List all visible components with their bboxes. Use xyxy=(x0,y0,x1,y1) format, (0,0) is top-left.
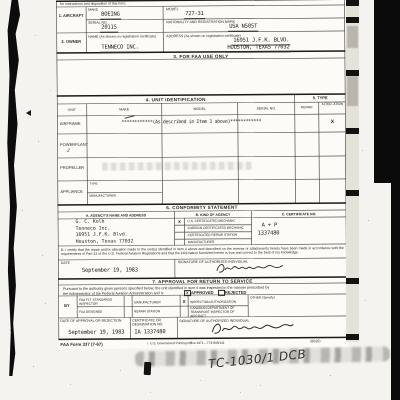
speckle-noise xyxy=(0,0,1,1)
agency-line-2: Tenneco Inc. xyxy=(76,226,111,232)
agency-line-1: G. C. Kolb xyxy=(76,220,105,226)
aircraft-model-label: MODEL xyxy=(166,7,178,11)
binder-mark xyxy=(346,334,359,340)
binder-strip xyxy=(346,0,359,342)
type-title: 5. TYPE xyxy=(295,95,346,100)
aircraft-make-value: BOEING xyxy=(100,11,121,19)
inspection-authorization-cell: INSPECTION AUTHORIZATION xyxy=(190,300,236,304)
agency-name-header: A. AGENCY'S NAME AND ADDRESS xyxy=(57,213,174,218)
approval-statement-line2: the Administrator of the Federal Aviatio… xyxy=(63,291,163,296)
page-code: (8320) xyxy=(310,339,320,343)
aircraft-row-label: 1. AIRCRAFT xyxy=(57,13,85,18)
appliance-manufacturer-label: MANUFACTURER xyxy=(89,195,116,199)
agency-line-4: Houston, Texas 77032 xyxy=(76,239,134,245)
kind-of-agency-header: B. KIND OF AGENCY xyxy=(174,212,251,217)
propeller-row-label: PROPELLER xyxy=(60,166,84,171)
powerplant-pencil-mark: 2 xyxy=(67,149,70,155)
binder-blotch xyxy=(347,76,358,106)
unit-col-header: UNIT xyxy=(57,108,87,112)
binder-mark xyxy=(346,128,359,134)
printing-office-line: ☆ U.S. Government Printing Office 1971—7… xyxy=(146,342,224,346)
approval-date-value: September 19, 1983 xyxy=(68,330,124,337)
by-label: BY xyxy=(64,304,70,309)
conformity-date-value: September 19, 1983 xyxy=(82,267,138,274)
binder-mark xyxy=(346,278,359,284)
kind-mechanic-mark: X xyxy=(175,220,185,225)
scan-edge-left xyxy=(6,0,22,376)
powerplant-row-label: POWERPLANT xyxy=(60,143,88,148)
alteration-col-header: ALTER- ATION xyxy=(319,103,346,107)
aircraft-serial-value: 20115 xyxy=(100,25,118,33)
faa-inspector-cell: FAA FLT. STANDARDS INSPECTOR xyxy=(79,299,121,307)
make-col-header: MAKE xyxy=(87,107,162,112)
approval-certificate-label: CERTIFICATE OR DESIGNATION NO. xyxy=(132,318,175,326)
canadian-dot-cell: CANADIAN DEPARTMENT OF TRANSPORT INSPECT… xyxy=(190,307,245,319)
other-specify-cell: OTHER (Specify) xyxy=(250,296,275,300)
appliance-type-label: TYPE xyxy=(89,183,97,187)
aircraft-model-value: 727-31 xyxy=(184,10,205,18)
margin-triangle-mark xyxy=(26,110,31,116)
kind-foreign-mechanic-label: FOREIGN CERTIFICATED MECHANIC xyxy=(188,227,244,231)
kind-us-mechanic-label: U.S. CERTIFICATED MECHANIC xyxy=(188,220,236,224)
kind-manufacturer-label: MANUFACTURER xyxy=(188,240,215,244)
rejected-label: REJECTED xyxy=(225,290,246,295)
approved-checkbox: X xyxy=(184,290,191,297)
serial-col-header: SERIAL NO. xyxy=(238,106,295,110)
scan-bar-right-thin xyxy=(391,183,400,400)
certificate-no-line2: 1337480 xyxy=(258,230,280,236)
aircraft-make-label: MAKE xyxy=(88,8,98,12)
conformity-date-label: DATE xyxy=(61,261,70,265)
form-number: FAA Form 337 (7-67) xyxy=(60,341,102,346)
ink-blot xyxy=(144,362,152,375)
binder-blotch xyxy=(347,26,358,48)
approval-certificate-value: IA 1337480 xyxy=(134,329,165,336)
approved-label: APPROVED xyxy=(191,290,213,295)
conformity-signature xyxy=(214,260,286,275)
scanned-document-canvas: for instructions and disposition of this… xyxy=(0,0,400,400)
aircraft-registration-value: USA N505T xyxy=(228,24,258,33)
certificate-no-header: C. CERTIFICATE NO. xyxy=(251,211,346,216)
airframe-row-label: AIRFRAME xyxy=(60,122,81,127)
aircraft-registration-label: NATIONALITY AND REGISTRATION MARK xyxy=(166,20,235,24)
appliance-row-label: APPLIANCE xyxy=(60,190,82,195)
owner-name-value: TENNECO INC. xyxy=(100,44,139,53)
top-instruction-note: for instructions and disposition of this… xyxy=(60,2,126,6)
owner-address-line2: HOUSTON, TEXAS 77032 xyxy=(226,44,290,53)
inspection-authorization-mark: X xyxy=(180,299,188,304)
binder-mark xyxy=(346,190,359,196)
faa-designee-cell: FAA DESIGNEE xyxy=(79,310,102,314)
kind-repair-station-label: CERTIFICATED REPAIR STATION xyxy=(188,234,238,238)
repair-col-header: REPAIR xyxy=(295,106,319,110)
faa-form-337-page: for instructions and disposition of this… xyxy=(56,0,348,349)
faint-pencil-smudge xyxy=(102,162,252,171)
airframe-alteration-mark: X xyxy=(319,119,346,125)
binder-mark xyxy=(346,17,359,23)
agency-line-3: 16951 J.F.K. Blvd. xyxy=(76,233,128,239)
approval-signature xyxy=(208,319,296,337)
owner-address-label: ADDRESS (As shown on registration certif… xyxy=(166,33,241,38)
binder-mark xyxy=(346,70,359,76)
scan-bar-right xyxy=(374,0,400,183)
rejected-checkbox xyxy=(218,289,225,296)
model-col-header: MODEL xyxy=(162,107,238,112)
owner-row-label: 2. OWNER xyxy=(57,40,85,45)
manufacturer-cell: MANUFACTURER xyxy=(134,301,161,305)
certificate-no-line1: A + P xyxy=(262,222,278,228)
approval-date-label: DATE OF APPROVAL OR REJECTION xyxy=(60,319,122,323)
binder-mark xyxy=(346,0,359,6)
repair-station-cell: REPAIR STATION xyxy=(134,310,160,314)
owner-name-label: NAME (As shown on registration certifica… xyxy=(88,34,156,38)
